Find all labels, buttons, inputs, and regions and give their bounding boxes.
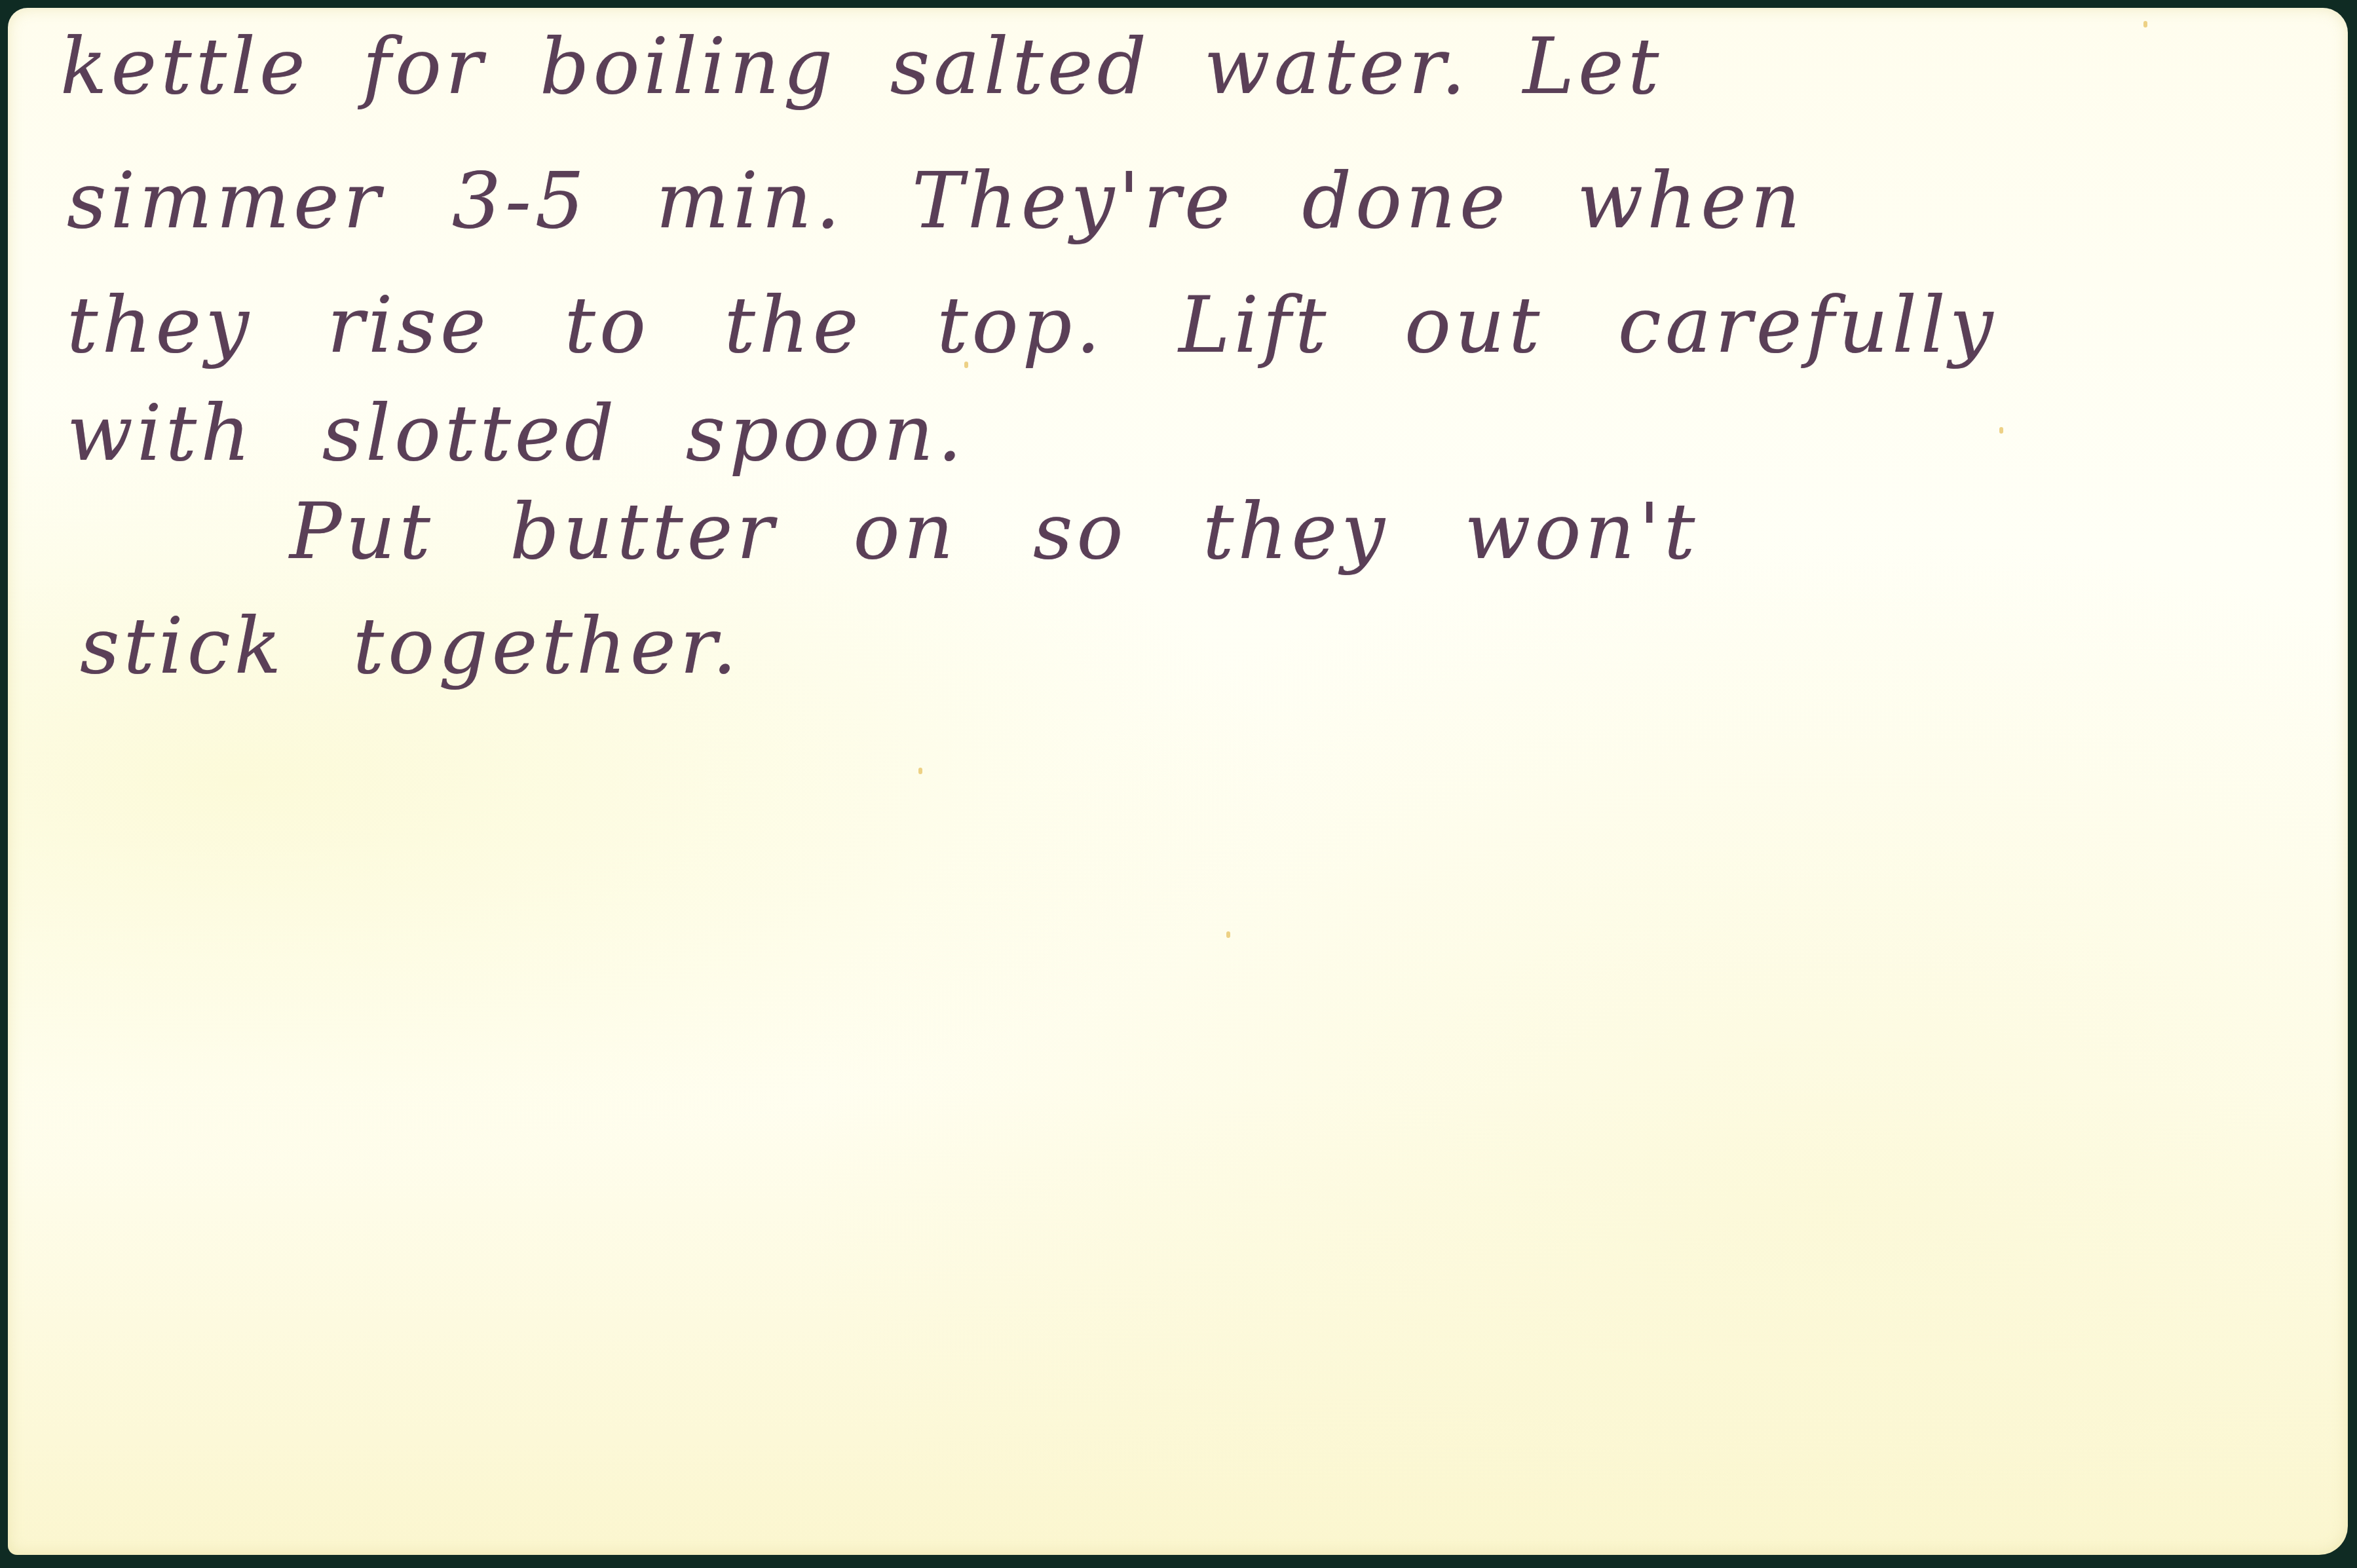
scan-background: kettle for boiling salted water. Let sim…	[0, 0, 2357, 1568]
text-line-1: kettle for boiling salted water. Let	[60, 21, 1663, 111]
text-line-4: with slotted spoon.	[67, 388, 966, 478]
text-line-2: simmer 3-5 min. They're done when	[67, 155, 1804, 246]
text-line-6: stick together.	[80, 601, 741, 691]
paper-speck	[918, 768, 922, 774]
text-line-5-indented: Put butter on so they won't	[290, 486, 1699, 576]
text-line-3: they rise to the top. Lift out carefully	[67, 280, 1997, 370]
paper-speck	[1999, 427, 2003, 434]
paper-speck	[964, 362, 968, 368]
handwritten-text: kettle for boiling salted water. Let sim…	[8, 8, 2348, 1555]
paper-speck	[1226, 931, 1230, 938]
recipe-card: kettle for boiling salted water. Let sim…	[8, 8, 2348, 1555]
paper-speck	[2143, 21, 2147, 28]
